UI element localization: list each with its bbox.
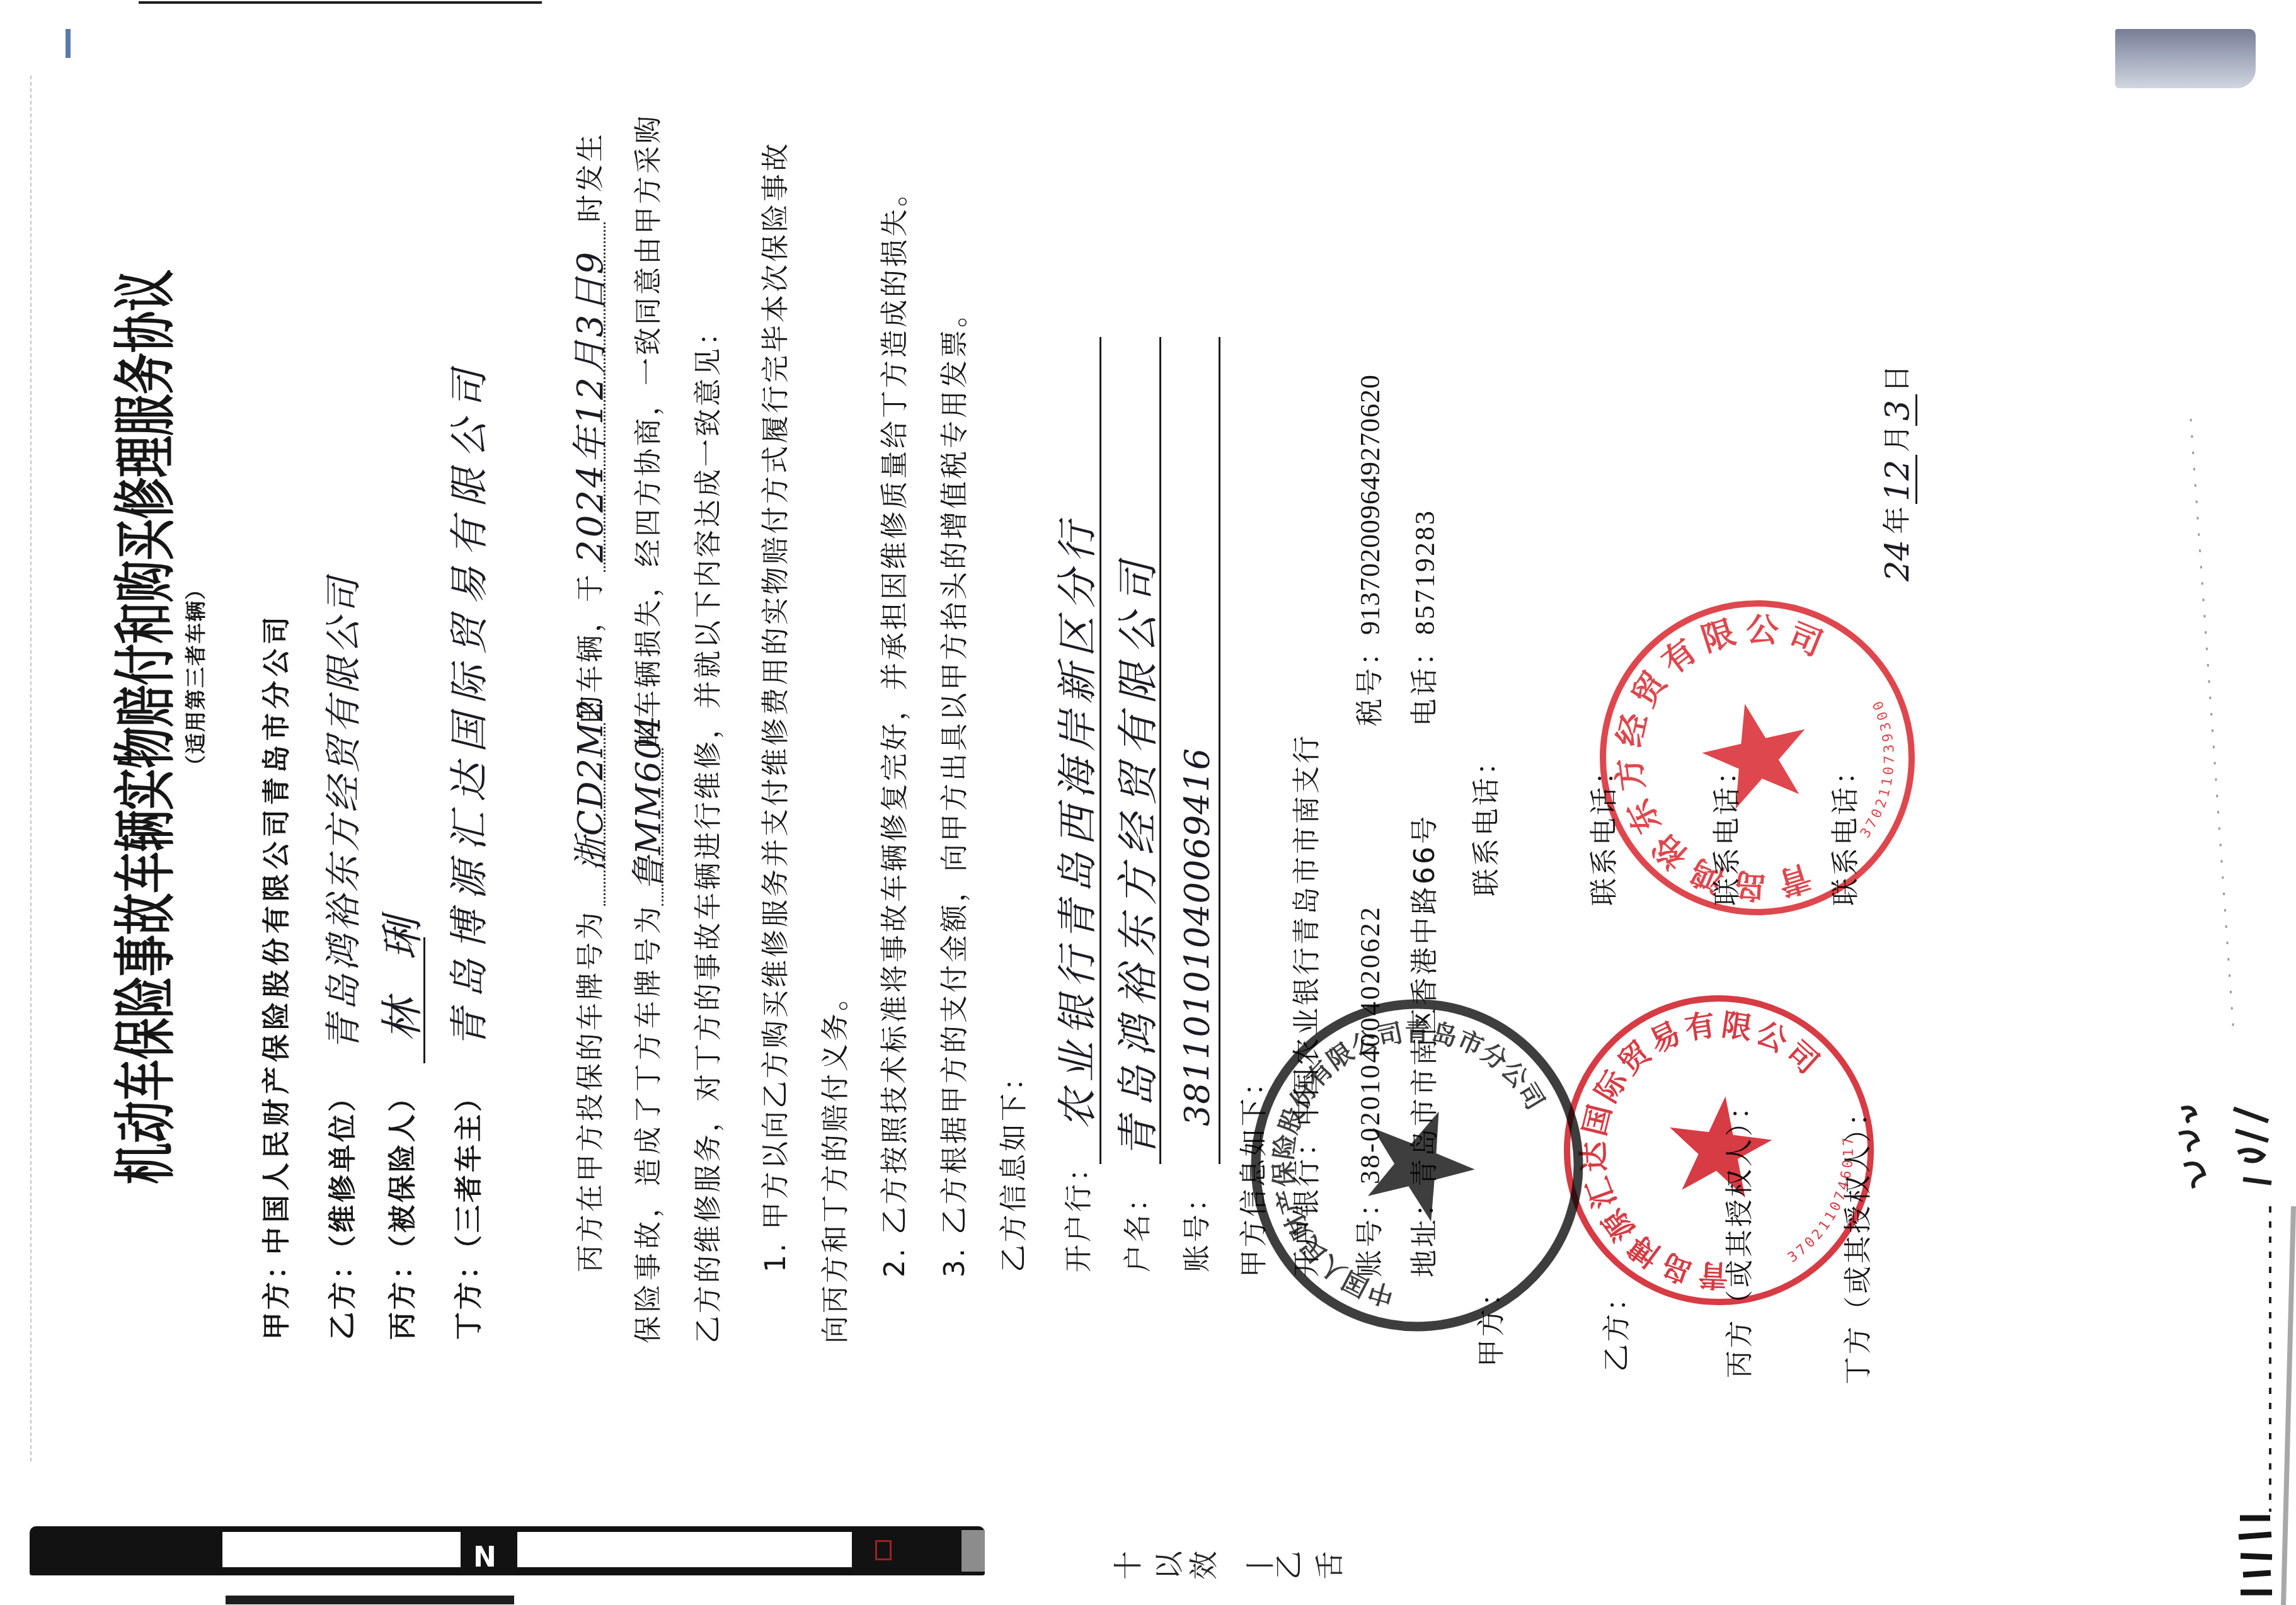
date-year-handwritten: 24 [1881,540,1914,581]
strip-window [222,1532,461,1567]
yi-account-name-handwritten: 青岛鸿裕东方经贸有限公司 [1118,553,1159,1158]
date-month-handwritten: 12 [1881,460,1914,501]
edge-fragment: 乙 [1273,1551,1304,1580]
strip-key-label: N [473,1544,497,1572]
signature-jia-phone-label: 联系电话： [1471,745,1503,896]
party-ding-label: 丁方：（三者车主） [454,1082,485,1340]
jia-phone-label: 电话： [1409,636,1441,726]
signature-ding-phone-label: 联系电话： [1830,755,1862,906]
scan-blue-mark [66,29,71,58]
clause-3: 3. 乙方根据甲方的支付金额，向甲方出具以甲方抬头的增值税专用发票。 [939,297,971,1277]
jia-account-value: 38-020104004020622 [1355,905,1386,1184]
yi-account-name-label: 户名： [1123,1182,1154,1272]
scan-device-edge-strip: N [30,1526,985,1575]
jia-phone-value: 85719283 [1409,509,1441,635]
date-day-handwritten: 3 [1881,400,1914,421]
seal-ring [1590,591,1925,925]
party-jia-name: 中国人民财产保险股份有限公司青岛市分公司 [261,612,293,1255]
accident-text-1a: 丙方在甲方投保的车牌号为 [575,910,607,1272]
accident-text-2b: 的车辆损失，经四方协商，一致同意由甲方采购 [633,113,665,748]
scan-bottom-edge-line [226,1596,514,1604]
insured-plate-handwritten: 浙CD2M2 [574,698,608,871]
scan-left-edge [30,76,32,1461]
jia-tax-label: 税号： [1355,636,1386,726]
jia-address-label: 地址： [1409,1187,1441,1277]
strip-gray-end [961,1530,985,1572]
clause-1-continued: 向丙方和丁方的赔付义务。 [820,981,852,1344]
seal-code: 3702110739300 [1857,694,1903,843]
accident-text-1c: 时发生 [575,132,607,222]
jia-bank-value: 中国农业银行青岛市市南支行 [1292,733,1323,1126]
date-month-label: 月 [1882,422,1914,452]
jia-account-label: 账号： [1355,1187,1386,1277]
yi-account-handwritten: 38110101040069416 [1181,748,1215,1126]
signature-bing-label: 丙方（或其授权人）： [1725,1090,1756,1378]
yi-bank-handwritten: 农业银行青岛西海岸新区分行 [1058,515,1098,1129]
document-title: 机动车保险事故车辆实物赔付和购买修理服务协议 [115,270,178,1184]
yi-bank-label: 开户行： [1064,1151,1095,1272]
yi-account-label: 账号： [1182,1182,1214,1272]
party-ding-name-handwritten: 青岛博源汇达国际贸易有限公司 [450,360,489,1048]
date-year-label: 年 [1882,504,1914,534]
yi-info-heading: 乙方信息如下： [999,1061,1030,1272]
party-bing-label: 丙方：（被保险人） [387,1082,419,1340]
edge-fragment: 效 [1188,1551,1219,1580]
yi-account-underline [1219,337,1220,1164]
edge-fragment: 以 [1153,1551,1185,1580]
accident-text-1b: 的车辆，于 [575,572,607,723]
clause-1: 1. 甲方以向乙方购买维修服务并支付维修费用的实物赔付方式履行完毕本次保险事故 [761,141,792,1272]
signature-bing-phone-label: 联系电话： [1712,755,1743,906]
edge-fragment: 舌 [1314,1551,1345,1580]
star-icon [1648,1081,1780,1216]
party-bing-underline [423,937,425,1063]
signature-yi-label: 乙方： [1602,1281,1633,1372]
document-subtitle: （适用第三者车辆） [183,578,209,776]
accident-text-2a: 保险事故，造成了丁方车牌号为 [633,903,665,1344]
scan-top-right-smear [2115,29,2256,88]
scanned-document-viewport: 机动车保险事故车辆实物赔付和购买修理服务协议 （适用第三者车辆） 甲方： 中国人… [0,0,2296,1605]
party-yi-name-handwritten: 青岛鸿裕东方经贸有限公司 [325,574,362,1051]
edge-fragment: 十 [1112,1551,1144,1580]
signature-yi-phone-label: 联系电话： [1589,755,1621,906]
seal-text: 青岛博源汇达国际贸易有限公司 [1529,961,1841,1309]
jia-info-heading: 甲方信息如下： [1239,1066,1270,1277]
signature-ding-label: 丁方（或其授权人）： [1843,1096,1874,1385]
party-bing-name-handwritten: 林琍 [382,880,425,1041]
jia-tax-id: 913702009649270620 [1355,374,1386,635]
party-jia-label: 甲方： [261,1249,293,1340]
jia-address-value: 青岛市市南区香港中路66号 [1409,814,1441,1187]
party-yi-label: 乙方：（维修单位） [328,1082,359,1340]
agreement-page: 机动车保险事故车辆实物赔付和购买修理服务协议 （适用第三者车辆） 甲方： 中国人… [0,0,2296,1605]
clause-2: 2. 乙方按照技术标准将事故车辆修复完好，并承担因维修质量给丁方造成的损失。 [880,176,911,1277]
jia-bank-label: 开户银行： [1292,1126,1323,1277]
scan-top-edge-line [139,1,542,4]
strip-red-mark [875,1540,892,1560]
date-day-label: 日 [1882,362,1914,392]
accident-time-handwritten: 2024年12月3日9 [573,249,609,563]
accident-text-3: 乙方的维修服务，对丁方的事故车辆进行维修，并就以下内容达成一致意见： [693,316,725,1344]
repairer-seal: 青岛鸿裕东方经贸有限公司 3702110739300 [1590,591,1925,925]
signature-jia-label: 甲方： [1476,1276,1508,1367]
strip-window [517,1532,852,1567]
